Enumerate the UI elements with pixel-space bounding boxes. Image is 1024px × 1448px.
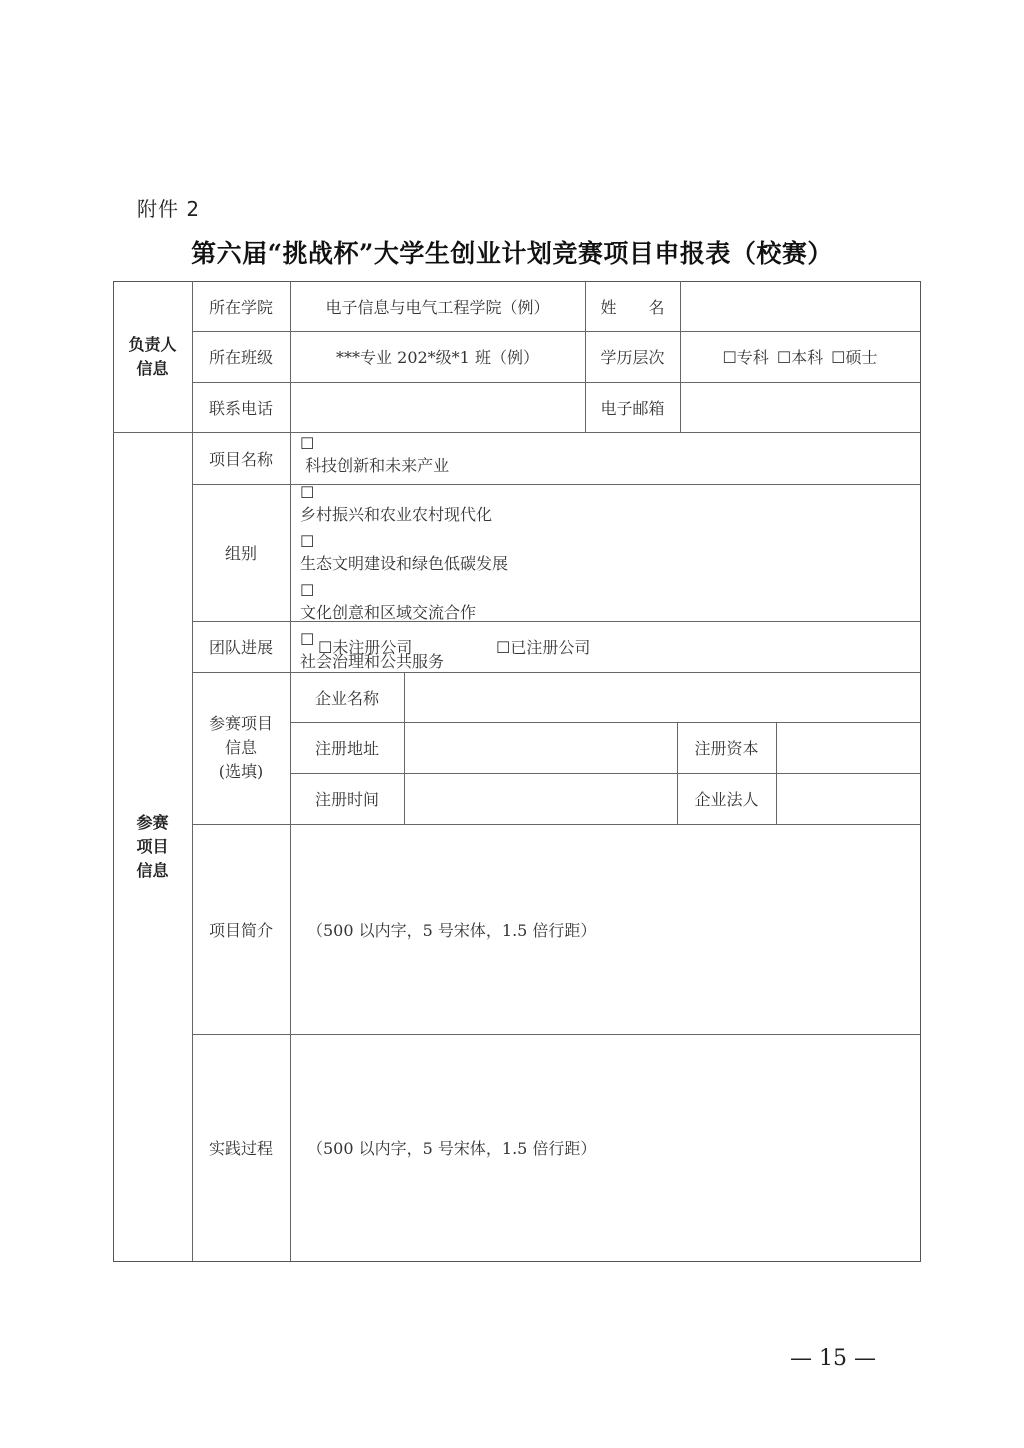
option-label: 硕士 (846, 348, 878, 367)
checkbox-icon[interactable]: ☐ (722, 348, 736, 367)
degree-option-bachelor[interactable]: ☐本科 (777, 345, 823, 368)
section-label-line: 信息 (136, 859, 168, 883)
option-label: 已注册公司 (510, 638, 590, 657)
reg-address-field[interactable] (404, 722, 677, 773)
legal-person-field[interactable] (776, 773, 920, 824)
option-label: 科技创新和未来产业 (300, 455, 449, 477)
degree-label: 学历层次 (585, 331, 680, 382)
reg-capital-field[interactable] (776, 722, 920, 773)
label-line: (选填) (219, 760, 264, 784)
email-label: 电子邮箱 (585, 382, 680, 432)
group-options: ☐ 科技创新和未来产业 ☐乡村振兴和农业农村现代化 ☐生态文明建设和绿色低碳发展… (290, 484, 920, 621)
section-label-line: 参赛 (136, 811, 168, 835)
group-option-tech-innovation[interactable]: ☐ 科技创新和未来产业 (300, 433, 449, 477)
page-number: — 15 — (790, 1346, 876, 1371)
phone-label: 联系电话 (192, 382, 290, 432)
page-title: 第六届“挑战杯”大学生创业计划竞赛项目申报表（校赛） (0, 234, 1024, 270)
college-label: 所在学院 (192, 281, 290, 331)
project-info-section-label: 参赛 项目 信息 (113, 432, 192, 1261)
college-field[interactable]: 电子信息与电气工程学院（例） (290, 281, 585, 331)
checkbox-icon[interactable]: ☐ (300, 433, 449, 455)
section-label-line: 信息 (136, 357, 168, 381)
option-unregistered-company[interactable]: ☐未注册公司 (318, 635, 496, 658)
company-name-label: 企业名称 (290, 672, 404, 722)
reg-capital-label: 注册资本 (677, 722, 776, 773)
team-progress-label: 团队进展 (192, 621, 290, 672)
practice-label: 实践过程 (192, 1034, 290, 1261)
section-label-line: 项目 (136, 835, 168, 859)
checkbox-icon[interactable]: ☐ (777, 348, 791, 367)
option-registered-company[interactable]: ☐已注册公司 (496, 635, 590, 658)
checkbox-icon[interactable]: ☐ (831, 348, 845, 367)
checkbox-icon[interactable]: ☐ (300, 531, 508, 553)
team-progress-options: ☐未注册公司 ☐已注册公司 (290, 621, 920, 672)
company-info-label: 参赛项目 信息 (选填) (192, 672, 290, 824)
option-label: 本科 (791, 348, 823, 367)
group-option-culture[interactable]: ☐文化创意和区域交流合作 (300, 580, 476, 624)
attachment-label: 附件 2 (137, 193, 200, 222)
class-label: 所在班级 (192, 331, 290, 382)
name-field[interactable] (680, 281, 920, 331)
group-label: 组别 (192, 484, 290, 621)
section-label-line: 负责人 (128, 333, 176, 357)
checkbox-icon[interactable]: ☐ (300, 482, 492, 504)
degree-option-master[interactable]: ☐硕士 (831, 345, 877, 368)
group-option-ecology[interactable]: ☐生态文明建设和绿色低碳发展 (300, 531, 508, 575)
phone-field[interactable] (290, 382, 585, 432)
option-label: 乡村振兴和农业农村现代化 (300, 504, 492, 526)
summary-label: 项目简介 (192, 824, 290, 1034)
label-line: 参赛项目 (209, 712, 273, 736)
summary-field[interactable]: （500 以内字，5 号宋体，1.5 倍行距） (290, 824, 920, 1034)
reg-time-field[interactable] (404, 773, 677, 824)
legal-person-label: 企业法人 (677, 773, 776, 824)
checkbox-icon[interactable]: ☐ (300, 580, 476, 602)
name-label: 姓 名 (585, 281, 680, 331)
reg-time-label: 注册时间 (290, 773, 404, 824)
checkbox-icon[interactable]: ☐ (496, 638, 510, 657)
option-label: 生态文明建设和绿色低碳发展 (300, 553, 508, 575)
email-field[interactable] (680, 382, 920, 432)
reg-address-label: 注册地址 (290, 722, 404, 773)
project-name-label: 项目名称 (192, 432, 290, 484)
company-name-field[interactable] (404, 672, 920, 722)
option-label: 专科 (737, 348, 769, 367)
degree-option-associate[interactable]: ☐专科 (722, 345, 768, 368)
checkbox-icon[interactable]: ☐ (318, 638, 332, 657)
option-label: 未注册公司 (332, 638, 412, 657)
group-option-rural-revitalization[interactable]: ☐乡村振兴和农业农村现代化 (300, 482, 492, 526)
class-field[interactable]: ***专业 202*级*1 班（例） (290, 331, 585, 382)
degree-options: ☐专科 ☐本科 ☐硕士 (680, 331, 920, 382)
practice-field[interactable]: （500 以内字，5 号宋体，1.5 倍行距） (290, 1034, 920, 1261)
label-line: 信息 (225, 736, 257, 760)
leader-info-section-label: 负责人 信息 (113, 281, 192, 432)
